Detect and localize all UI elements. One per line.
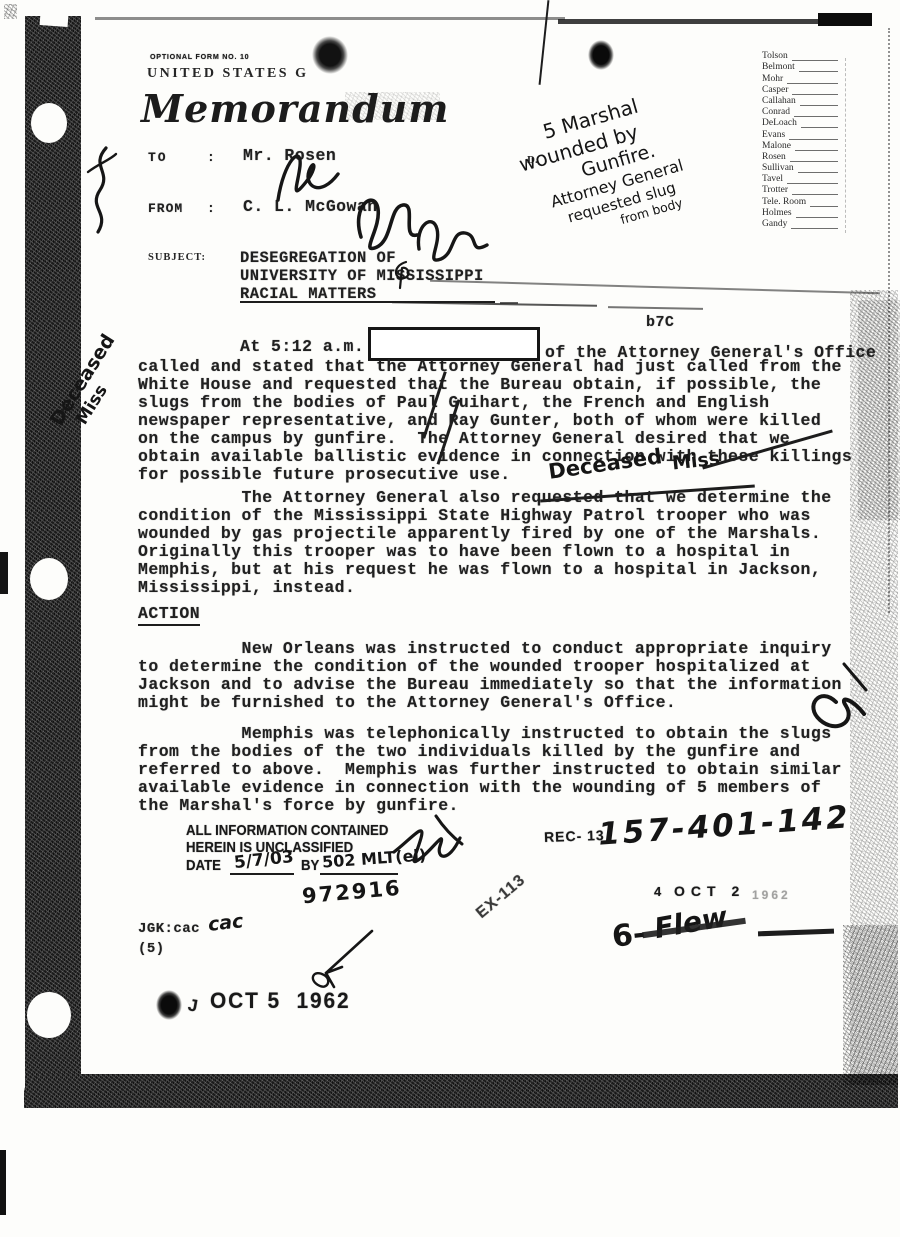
routing-underline — [798, 165, 838, 173]
routing-name: Casper — [762, 85, 788, 95]
margin-pen-loop — [800, 658, 880, 748]
routing-row: Mohr — [762, 72, 838, 83]
routing-row: Sullivan — [762, 162, 838, 173]
routing-row: Belmont — [762, 61, 838, 72]
subject-lower-stroke — [392, 301, 597, 307]
date-blank-line — [230, 873, 294, 875]
routing-underline — [789, 132, 838, 140]
body-line: Mississippi, instead. — [138, 579, 832, 597]
routing-row: Casper — [762, 84, 838, 95]
jk-initials-scribble — [388, 806, 478, 884]
routing-row: Tele. Room — [762, 195, 838, 206]
routing-underline — [792, 187, 838, 195]
copies-count: (5) — [138, 940, 165, 958]
routing-name: Holmes — [762, 208, 792, 218]
routing-name: Evans — [762, 130, 785, 140]
routing-name: Tolson — [762, 51, 788, 61]
scan-left-mark — [0, 552, 8, 594]
ex113-stamp: EX-113 — [473, 871, 529, 922]
routing-underline — [792, 53, 838, 61]
to-label: TO — [148, 150, 168, 165]
body-line: called and stated that the Attorney Gene… — [138, 358, 852, 376]
punch-hole-bottom — [27, 992, 71, 1038]
routing-name: Gandy — [762, 219, 787, 229]
routing-underline — [791, 221, 838, 229]
routing-underline — [799, 64, 838, 72]
mcgowan-signature — [345, 185, 495, 270]
action-heading: ACTION — [138, 605, 200, 626]
oct5-ink-blob — [156, 990, 182, 1020]
scan-left-band — [25, 16, 81, 1094]
body-line: The Attorney General also requested that… — [138, 489, 832, 507]
redaction-box — [368, 327, 540, 361]
scan-top-right-bar — [818, 13, 872, 26]
body-line: referred to above. Memphis was further i… — [138, 761, 842, 779]
routing-underline — [790, 154, 838, 162]
typist-initials: JGK:cac — [138, 920, 200, 938]
body-line: for possible future prosecutive use. — [138, 466, 852, 484]
routing-row: Evans — [762, 128, 838, 139]
oct5-j-mark: J — [186, 995, 199, 1016]
scan-top-line-thin — [95, 17, 565, 20]
paragraph2: The Attorney General also requested that… — [138, 489, 832, 597]
handwritten-cac: cac — [207, 910, 244, 936]
memo-scan-page: Tolson Belmont Mohr Casper Callahan Conr… — [0, 0, 900, 1237]
body-line: Memphis was telephonically instructed to… — [138, 725, 842, 743]
body-line: wounded by gas projectile apparently fir… — [138, 525, 832, 543]
routing-name: Malone — [762, 141, 791, 151]
paragraph1-intro: At 5:12 a.m. — [240, 338, 364, 356]
body-line: New Orleans was instructed to conduct ap… — [138, 640, 842, 658]
routing-underline — [796, 210, 838, 218]
routing-row: Conrad — [762, 106, 838, 117]
form-number-label: OPTIONAL FORM NO. 10 — [150, 52, 249, 61]
routing-underline — [800, 98, 838, 106]
routing-row: Callahan — [762, 95, 838, 106]
handwritten-six: 6- — [610, 916, 647, 954]
routing-row: Tolson — [762, 50, 838, 61]
handwritten-top-note: 5 Marshal wounded by Gunfire. Attorney G… — [509, 63, 774, 249]
body-line: on the campus by gunfire. The Attorney G… — [138, 430, 852, 448]
unclassified-stamp-line1: ALL INFORMATION CONTAINED — [186, 822, 388, 839]
routing-row: Holmes — [762, 207, 838, 218]
body-line: Originally this trooper was to have been… — [138, 543, 832, 561]
routing-row: Trotter — [762, 184, 838, 195]
scan-bottom-band — [24, 1074, 898, 1108]
routing-tick-line — [845, 58, 846, 233]
routing-underline — [787, 76, 838, 84]
routing-name: Belmont — [762, 62, 795, 72]
scan-edge-notch — [40, 13, 69, 27]
routing-name: Conrad — [762, 107, 790, 117]
body-line: available evidence in connection with th… — [138, 779, 842, 797]
scan-right-noise-upper — [858, 300, 900, 520]
body-line: condition of the Mississippi State Highw… — [138, 507, 832, 525]
body-line: Jackson and to advise the Bureau immedia… — [138, 676, 842, 694]
ink-blob-top-center — [588, 40, 614, 70]
routing-name: Trotter — [762, 185, 788, 195]
memorandum-title: Memorandum — [141, 86, 449, 131]
routing-underline — [795, 143, 838, 151]
routing-underline — [801, 120, 838, 128]
body-line: slugs from the bodies of Paul Guihart, t… — [138, 394, 852, 412]
subject-lower-stroke-dash — [608, 306, 703, 310]
oct2-stamp-year: 1962 — [752, 888, 791, 902]
body-line: White House and requested that the Burea… — [138, 376, 852, 394]
scan-right-noise-dense — [843, 925, 898, 1085]
body-line: newspaper representative, and Ray Gunter… — [138, 412, 852, 430]
rec-stamp: REC- 13 — [544, 827, 605, 845]
routing-row: Rosen — [762, 151, 838, 162]
to-colon: : — [207, 150, 215, 165]
scan-corner-mark — [4, 4, 17, 19]
routing-name: Tele. Room — [762, 197, 806, 207]
punch-hole-top — [31, 103, 67, 143]
us-government-label: UNITED STATES G — [147, 66, 308, 82]
routing-list: Tolson Belmont Mohr Casper Callahan Conr… — [762, 50, 838, 229]
paragraph3: New Orleans was instructed to conduct ap… — [138, 640, 842, 712]
margin-scrawl-top-left — [76, 142, 126, 242]
oct2-stamp: OCT 2 — [674, 883, 745, 899]
b7c-exemption-code: b7C — [646, 314, 674, 332]
body-line: from the bodies of the two individuals k… — [138, 743, 842, 761]
unclassified-date-label: DATE — [186, 857, 221, 874]
body-line: Memphis, but at his request he was flown… — [138, 561, 832, 579]
body-line: might be furnished to the Attorney Gener… — [138, 694, 842, 712]
from-label: FROM — [148, 201, 183, 216]
unclassified-by-label: BY — [301, 857, 319, 874]
routing-underline — [787, 176, 838, 184]
routing-row: DeLoach — [762, 117, 838, 128]
by-blank-line — [320, 873, 398, 875]
routing-name: Callahan — [762, 96, 796, 106]
oct5-stamp: OCT 5 1962 — [210, 988, 351, 1014]
flew-trailing-dash — [758, 929, 834, 937]
from-colon: : — [207, 201, 215, 216]
paragraph4: Memphis was telephonically instructed to… — [138, 725, 842, 815]
paragraph1: called and stated that the Attorney Gene… — [138, 358, 852, 484]
routing-name: Mohr — [762, 74, 783, 84]
punch-hole-middle — [30, 558, 68, 600]
pen-stroke-top — [539, 0, 550, 85]
fingerprint-smudge — [310, 34, 351, 77]
oct2-stamp-prefix: 4 — [654, 884, 661, 899]
routing-underline — [792, 87, 838, 95]
routing-underline — [794, 109, 838, 117]
subject-label: SUBJECT: — [148, 252, 206, 263]
scan-left-strip — [0, 1150, 6, 1215]
subject-long-stroke — [430, 280, 880, 295]
routing-row: Gandy — [762, 218, 838, 229]
routing-row: Malone — [762, 140, 838, 151]
routing-name: DeLoach — [762, 118, 797, 128]
body-line: to determine the condition of the wounde… — [138, 658, 842, 676]
routing-underline — [810, 199, 838, 207]
